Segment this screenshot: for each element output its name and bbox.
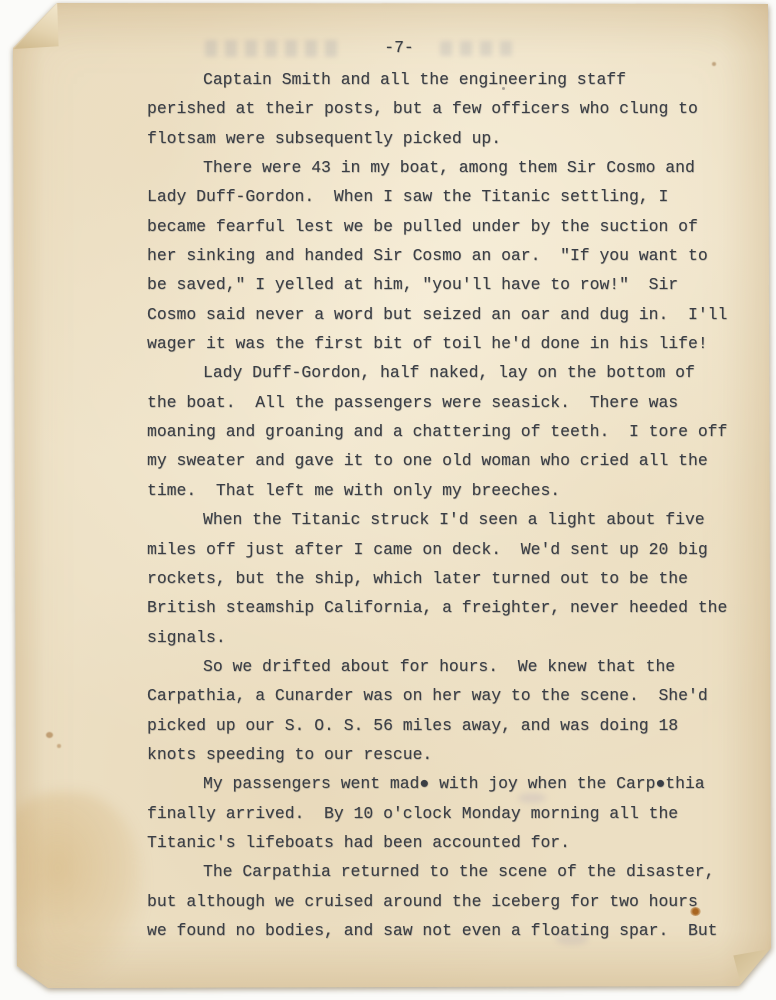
text-line: picked up our S. O. S. 56 miles away, an… (147, 711, 753, 740)
text-line: time. That left me with only my breeches… (147, 476, 753, 505)
text-line: So we drifted about for hours. We knew t… (147, 652, 753, 681)
text-line: rockets, but the ship, which later turne… (147, 564, 753, 593)
page-number: -7- (384, 33, 414, 62)
text-line: Captain Smith and all the engineering st… (147, 65, 753, 94)
ink-bleed-ghost (440, 41, 518, 56)
text-line: but although we cruised around the icebe… (147, 887, 753, 916)
text-line: Titanic's lifeboats had been accounted f… (147, 828, 753, 857)
text-line: British steamship California, a freighte… (147, 593, 753, 622)
folded-corner-bottom-right (730, 945, 772, 987)
text-line: wager it was the first bit of toil he'd … (147, 329, 753, 358)
scanned-page: -7- Captain Smith and all the engineerin… (0, 0, 776, 1000)
ink-bleed-ghost (205, 40, 343, 57)
text-line: There were 43 in my boat, among them Sir… (147, 153, 753, 182)
text-line: her sinking and handed Sir Cosmo an oar.… (147, 241, 753, 270)
text-line: be saved," I yelled at him, "you'll have… (147, 270, 753, 299)
paper-speck (57, 744, 61, 748)
text-line: perished at their posts, but a few offic… (147, 94, 753, 123)
text-line: When the Titanic struck I'd seen a light… (147, 505, 753, 534)
text-line: became fearful lest we be pulled under b… (147, 212, 753, 241)
text-line: The Carpathia returned to the scene of t… (147, 857, 753, 886)
folded-corner-top-left (13, 3, 60, 50)
text-line: miles off just after I came on deck. We'… (147, 535, 753, 564)
text-line: Cosmo said never a word but seized an oa… (147, 300, 753, 329)
text-line: My passengers went mad● with joy when th… (147, 769, 753, 798)
typewritten-text: Captain Smith and all the engineering st… (147, 65, 753, 945)
text-line: Lady Duff-Gordon. When I saw the Titanic… (147, 182, 753, 211)
text-line: moaning and groaning and a chattering of… (147, 417, 753, 446)
text-line: the boat. All the passengers were seasic… (147, 388, 753, 417)
document-page: -7- Captain Smith and all the engineerin… (0, 0, 776, 1000)
text-line: Carpathia, a Cunarder was on her way to … (147, 681, 753, 710)
text-line: my sweater and gave it to one old woman … (147, 446, 753, 475)
paper-speck (46, 732, 53, 738)
text-line: we found no bodies, and saw not even a f… (147, 916, 753, 945)
text-line: Lady Duff-Gordon, half naked, lay on the… (147, 358, 753, 387)
text-line: finally arrived. By 10 o'clock Monday mo… (147, 799, 753, 828)
stain-left-edge (0, 792, 143, 982)
text-line: signals. (147, 623, 753, 652)
text-line: knots speeding to our rescue. (147, 740, 753, 769)
text-line: flotsam were subsequently picked up. (147, 124, 753, 153)
